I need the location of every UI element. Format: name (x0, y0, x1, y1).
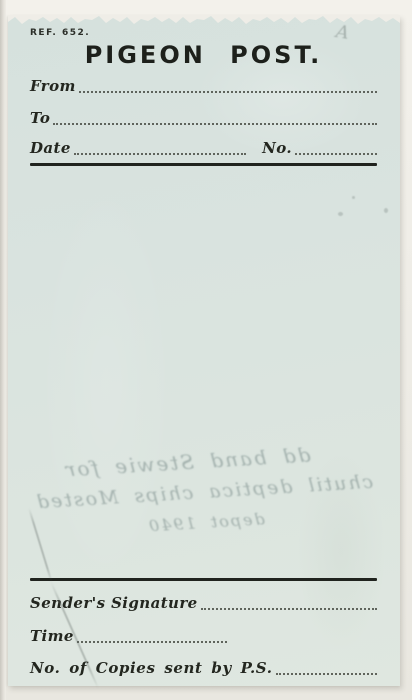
time-label: Time (30, 627, 74, 646)
date-field-line (74, 153, 246, 155)
pencil-mark: A (334, 21, 350, 44)
date-label: Date (30, 139, 71, 158)
paper-speck (384, 208, 388, 213)
form-title: PIGEON POST. (30, 42, 377, 68)
copies-field-line (276, 673, 377, 675)
paper-speck (352, 196, 355, 199)
scan-left-edge (0, 0, 6, 700)
time-row: Time (30, 627, 377, 646)
ref-number: REF. 652. (30, 27, 377, 39)
to-field-line (53, 123, 377, 125)
date-row: Date No. (30, 139, 377, 158)
senders-signature-label: Sender's Signature (30, 594, 198, 613)
time-field-line (77, 641, 227, 643)
copies-row: No. of Copies sent by P.S. (30, 659, 377, 678)
to-row: To (30, 109, 377, 128)
from-label: From (30, 77, 76, 96)
paper-speck (338, 212, 343, 216)
number-label: No. (262, 139, 292, 158)
from-row: From (30, 77, 377, 96)
divider-rule-bottom (30, 578, 377, 581)
scanned-document-page: { "page": { "background_color": "#efede7… (0, 0, 412, 700)
pigeon-post-form: REF. 652. PIGEON POST. From To Date No. … (8, 16, 400, 686)
to-label: To (30, 109, 50, 128)
from-field-line (79, 91, 377, 93)
number-field-line (295, 153, 377, 155)
signature-field-line (201, 608, 377, 610)
copies-label: No. of Copies sent by P.S. (30, 659, 273, 678)
signature-row: Sender's Signature (30, 594, 377, 613)
